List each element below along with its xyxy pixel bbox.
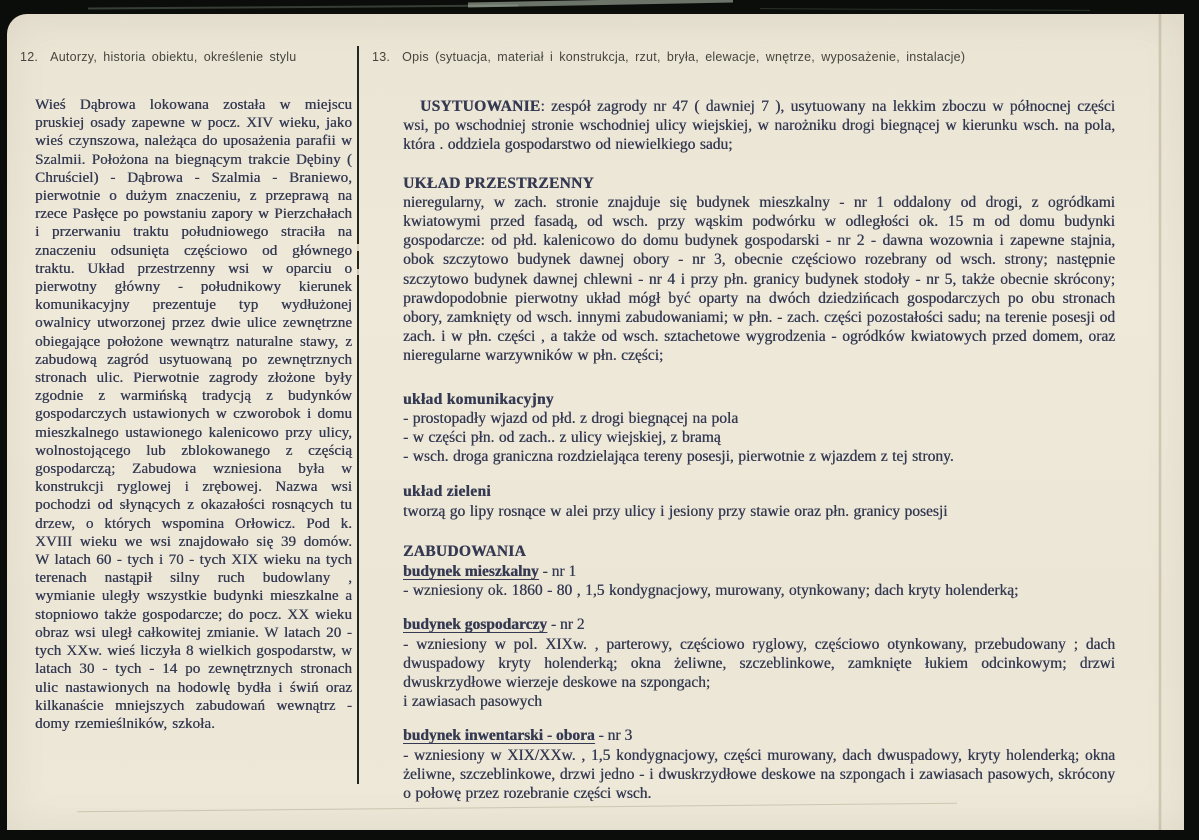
section-heading: ZABUDOWANIA bbox=[403, 542, 1115, 561]
building-number: - nr 1 bbox=[539, 563, 576, 580]
page-edge-crease bbox=[1158, 14, 1162, 830]
section-heading: USYTUOWANIE bbox=[420, 98, 540, 115]
building-entry-1: budynek mieszkalny - nr 1 - wzniesiony o… bbox=[403, 562, 1115, 600]
section-body: tworzą go lipy rosnące w alei przy ulicy… bbox=[403, 502, 1115, 521]
field-title: Opis (sytuacja, materiał i konstrukcja, … bbox=[402, 50, 965, 64]
list-item: - wsch. droga graniczna rozdzielająca te… bbox=[403, 447, 1115, 466]
field-title: Autorzy, historia obiektu, określenie st… bbox=[50, 50, 296, 64]
section-heading: układ zieleni bbox=[403, 482, 1115, 501]
list-item: - prostopadły wjazd od płd. z drogi bieg… bbox=[403, 409, 1115, 428]
scan-scratch bbox=[77, 803, 957, 812]
building-entry-2: budynek gospodarczy - nr 2 - wzniesiony … bbox=[403, 615, 1115, 711]
building-title: budynek inwentarski - obora - nr 3 bbox=[403, 726, 1115, 745]
description-column: USYTUOWANIE: zespół zagrody nr 47 ( dawn… bbox=[403, 97, 1115, 803]
building-number: - nr 2 bbox=[547, 616, 584, 633]
scan-streak bbox=[88, 4, 518, 9]
building-description: - wzniesiony ok. 1860 - 80 , 1,5 kondygn… bbox=[403, 581, 1115, 600]
building-title: budynek mieszkalny - nr 1 bbox=[403, 562, 1115, 581]
building-name: budynek gospodarczy bbox=[403, 616, 547, 633]
section-heading: UKŁAD PRZESTRZENNY bbox=[403, 174, 1115, 193]
section-uklad-zieleni: układ zieleni tworzą go lipy rosnące w a… bbox=[403, 482, 1115, 520]
section-uklad-komunikacyjny: układ komunikacyjny - prostopadły wjazd … bbox=[403, 390, 1115, 467]
list-item: - w części płn. od zach.. z ulicy wiejsk… bbox=[403, 428, 1115, 447]
building-description: - wzniesiony w pol. XIXw. , parterowy, c… bbox=[403, 635, 1115, 693]
building-title: budynek gospodarczy - nr 2 bbox=[403, 615, 1115, 634]
scan-streak bbox=[760, 8, 1090, 11]
section-zabudowania: ZABUDOWANIA budynek mieszkalny - nr 1 - … bbox=[403, 542, 1115, 803]
column-divider-line bbox=[357, 46, 359, 784]
history-paragraph: Wieś Dąbrowa lokowana została w miejscu … bbox=[35, 96, 352, 733]
building-number: - nr 3 bbox=[595, 727, 632, 744]
form-field-label-13: 13. Opis (sytuacja, materiał i konstrukc… bbox=[372, 50, 965, 64]
building-name: budynek mieszkalny bbox=[403, 563, 539, 580]
field-number: 12. bbox=[20, 50, 38, 64]
building-description: - wzniesiony w XIX/XXw. , 1,5 kondygnacj… bbox=[403, 746, 1115, 804]
section-usytuowanie: USYTUOWANIE: zespół zagrody nr 47 ( dawn… bbox=[403, 97, 1115, 155]
building-entry-3: budynek inwentarski - obora - nr 3 - wzn… bbox=[403, 726, 1115, 803]
form-field-label-12: 12. Autorzy, historia obiektu, określeni… bbox=[20, 50, 296, 64]
history-column: Wieś Dąbrowa lokowana została w miejscu … bbox=[35, 96, 352, 733]
section-body: nieregularny, w zach. stronie znajduje s… bbox=[403, 193, 1115, 366]
field-number: 13. bbox=[372, 50, 390, 64]
section-heading: układ komunikacyjny bbox=[403, 390, 1115, 409]
building-description: i zawiasach pasowych bbox=[403, 692, 1115, 711]
building-name: budynek inwentarski - obora bbox=[403, 727, 595, 744]
section-uklad-przestrzenny: UKŁAD PRZESTRZENNY nieregularny, w zach.… bbox=[403, 174, 1115, 366]
scan-streak bbox=[468, 0, 733, 8]
